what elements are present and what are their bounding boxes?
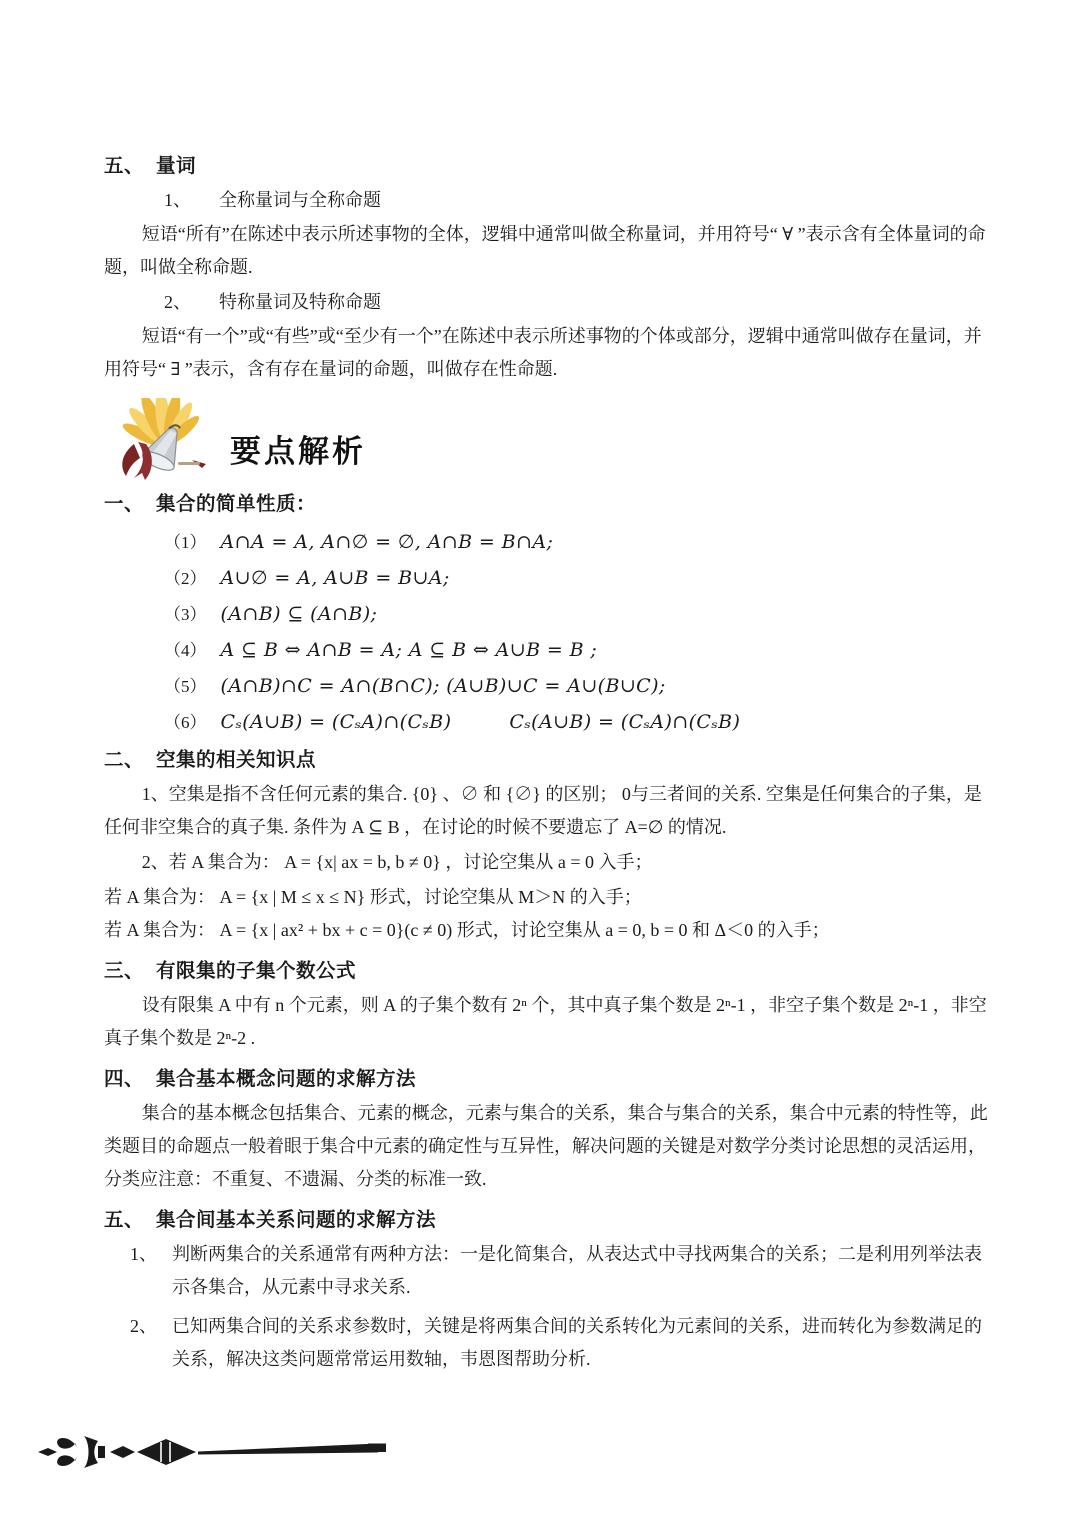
- formula-label: （2）: [164, 566, 207, 592]
- heading-empty-set-title: 空集的相关知识点: [156, 750, 316, 771]
- subheading-universal-number: 1、: [164, 190, 191, 210]
- heading-empty-set-number: 二、: [104, 750, 144, 771]
- bell-flower-icon: [104, 398, 226, 482]
- paragraph-empty-set-4: 若 A 集合为： A = {x | ax² + bx + c = 0}(c ≠ …: [104, 914, 988, 947]
- formula-label: （4）: [164, 638, 207, 664]
- paragraph-universal-quantifier: 短语“所有”在陈述中表示所述事物的全体，逻辑中通常叫做全称量词，并用符号“ ∀ …: [104, 218, 988, 284]
- heading-subset-count-number: 三、: [104, 961, 144, 982]
- heading-subset-count-title: 有限集的子集个数公式: [156, 961, 356, 982]
- list-item-number: 1、: [130, 1238, 172, 1304]
- formula-row-6: （6） Cₛ(A∪B) = (CₛA)∩(CₛB) Cₛ(A∪B) = (CₛA…: [104, 709, 988, 736]
- formula-label: （5）: [164, 674, 207, 700]
- heading-set-properties-number: 一、: [104, 494, 144, 515]
- heading-set-properties-title: 集合的简单性质：: [156, 494, 316, 515]
- list-item-text: 已知两集合间的关系求参数时，关键是将两集合间的关系转化为元素间的关系，进而转化为…: [172, 1310, 988, 1376]
- paragraph-empty-set-1: 1、空集是指不含任何元素的集合. {0} 、∅ 和 {∅} 的区别； 0与三者间…: [104, 778, 988, 844]
- subheading-existential-number: 2、: [164, 292, 191, 312]
- paragraph-subset-count: 设有限集 A 中有 n 个元素，则 A 的子集个数有 2ⁿ 个，其中真子集个数是…: [104, 989, 988, 1055]
- formula-expression: A∩A = A, A∩∅ = ∅, A∩B = B∩A;: [221, 529, 554, 555]
- formula-row-3: （3） (A∩B) ⊆ (A∩B);: [104, 601, 988, 628]
- heading-basic-concepts-title: 集合基本概念问题的求解方法: [156, 1069, 416, 1090]
- heading-basic-concepts-number: 四、: [104, 1069, 144, 1090]
- list-item-text: 判断两集合的关系通常有两种方法：一是化简集合，从表达式中寻找两集合的关系；二是利…: [172, 1238, 988, 1304]
- formula-expression: (A∩B) ⊆ (A∩B);: [221, 601, 378, 627]
- heading-set-relations: 五、集合间基本关系问题的求解方法: [104, 1206, 988, 1236]
- key-points-title: 要点解析: [230, 435, 366, 468]
- paragraph-basic-concepts: 集合的基本概念包括集合、元素的概念，元素与集合的关系，集合与集合的关系，集合中元…: [104, 1097, 988, 1196]
- heading-set-relations-title: 集合间基本关系问题的求解方法: [156, 1210, 436, 1231]
- subheading-existential-title: 特称量词及特称命题: [219, 292, 381, 312]
- heading-basic-concepts: 四、集合基本概念问题的求解方法: [104, 1065, 988, 1095]
- formula-expression: (A∩B)∩C = A∩(B∩C); (A∪B)∪C = A∪(B∪C);: [221, 673, 666, 699]
- heading-set-properties: 一、集合的简单性质：: [104, 490, 988, 520]
- formula-expression: Cₛ(A∪B) = (CₛA)∩(CₛB): [221, 709, 452, 735]
- subheading-universal-title: 全称量词与全称命题: [219, 190, 381, 210]
- heading-set-relations-number: 五、: [104, 1210, 144, 1231]
- subheading-universal-quantifier: 1、全称量词与全称命题: [104, 184, 988, 216]
- list-item: 2、 已知两集合间的关系求参数时，关键是将两集合间的关系转化为元素间的关系，进而…: [130, 1310, 988, 1376]
- formula-row-5: （5） (A∩B)∩C = A∩(B∩C); (A∪B)∪C = A∪(B∪C)…: [104, 673, 988, 700]
- heading-empty-set: 二、空集的相关知识点: [104, 746, 988, 776]
- document-page: 五、量词 1、全称量词与全称命题 短语“所有”在陈述中表示所述事物的全体，逻辑中…: [0, 0, 1075, 1518]
- formula-expression: A ⊆ B ⇔ A∩B = A; A ⊆ B ⇔ A∪B = B ;: [221, 637, 598, 663]
- formula-row-2: （2） A∪∅ = A, A∪B = B∪A;: [104, 565, 988, 592]
- list-item-number: 2、: [130, 1310, 172, 1376]
- formula-row-1: （1） A∩A = A, A∩∅ = ∅, A∩B = B∩A;: [104, 529, 988, 556]
- formula-expression: Cₛ(A∪B) = (CₛA)∩(CₛB): [509, 709, 740, 735]
- heading-quantifiers-number: 五、: [104, 156, 144, 177]
- subheading-existential-quantifier: 2、特称量词及特称命题: [104, 286, 988, 318]
- heading-quantifiers: 五、量词: [104, 152, 988, 182]
- paragraph-existential-quantifier: 短语“有一个”或“有些”或“至少有一个”在陈述中表示所述事物的个体或部分，逻辑中…: [104, 320, 988, 386]
- paragraph-empty-set-2: 2、若 A 集合为： A = {x| ax = b, b ≠ 0} ，讨论空集从…: [104, 846, 988, 879]
- heading-quantifiers-title: 量词: [156, 156, 196, 177]
- formula-label: （1）: [164, 530, 207, 556]
- formula-row-4: （4） A ⊆ B ⇔ A∩B = A; A ⊆ B ⇔ A∪B = B ;: [104, 637, 988, 664]
- paragraph-empty-set-3: 若 A 集合为： A = {x | M ≤ x ≤ N} 形式，讨论空集从 M＞…: [104, 881, 988, 914]
- heading-subset-count: 三、有限集的子集个数公式: [104, 957, 988, 987]
- key-points-banner: 要点解析: [104, 400, 988, 480]
- page-content: 五、量词 1、全称量词与全称命题 短语“所有”在陈述中表示所述事物的全体，逻辑中…: [104, 142, 988, 1382]
- list-item: 1、 判断两集合的关系通常有两种方法：一是化简集合，从表达式中寻找两集合的关系；…: [130, 1238, 988, 1304]
- formula-label: （3）: [164, 602, 207, 628]
- formula-expression: A∪∅ = A, A∪B = B∪A;: [221, 565, 450, 591]
- formula-label: （6）: [164, 710, 207, 736]
- ornamental-divider-icon: [38, 1428, 418, 1476]
